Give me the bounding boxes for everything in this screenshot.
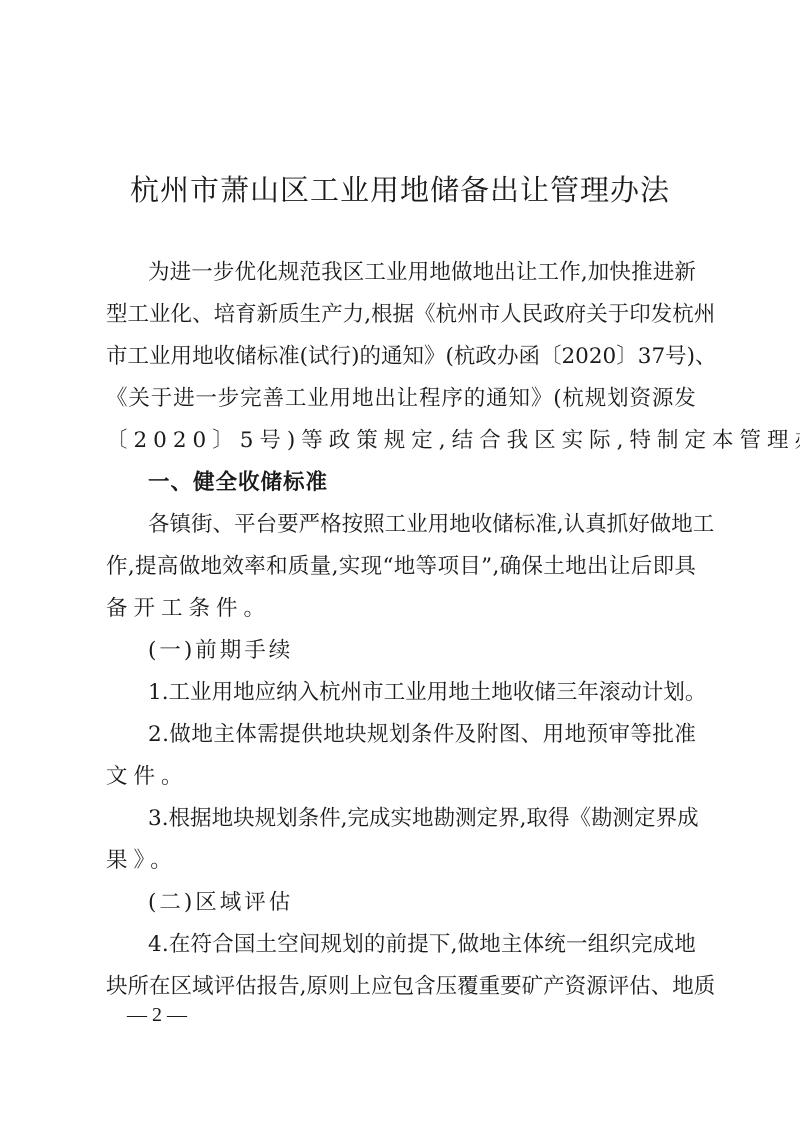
document-body: 为进一步优化规范我区工业用地做地出让工作,加快推进新型工业化、培育新质生产力,根…: [106, 252, 696, 1008]
paragraph-line: 《关于进一步完善工业用地出让程序的通知》(杭规划资源发: [106, 378, 696, 420]
line-text: 果》。: [106, 840, 178, 882]
line-text: (一)前期手续: [148, 630, 293, 672]
paragraph-first-line: 3.根据地块规划条件,完成实地勘测定界,取得《勘测定界成: [106, 798, 696, 840]
paragraph-line: 作,提高做地效率和质量,实现“地等项目”,确保土地出让后即具: [106, 546, 696, 588]
document-page: 杭州市萧山区工业用地储备出让管理办法 为进一步优化规范我区工业用地做地出让工作,…: [0, 0, 800, 1132]
line-text: 〔2020〕5号)等政策规定,结合我区实际,特制定本管理办法。: [106, 420, 800, 462]
paragraph-last-line: 文件。: [106, 756, 696, 798]
paragraph-first-line: 1.工业用地应纳入杭州市工业用地土地收储三年滚动计划。: [106, 672, 696, 714]
paragraph-line: 型工业化、培育新质生产力,根据《杭州市人民政府关于印发杭州: [106, 294, 696, 336]
document-title: 杭州市萧山区工业用地储备出让管理办法: [0, 168, 800, 212]
paragraph-line: 块所在区域评估报告,原则上应包含压覆重要矿产资源评估、地质: [106, 966, 696, 1008]
page-number: — 2 —: [127, 1000, 187, 1030]
line-text: 文件。: [106, 756, 189, 798]
paragraph-first-line: 各镇街、平台要严格按照工业用地收储标准,认真抓好做地工: [106, 504, 696, 546]
paragraph-first-line: 4.在符合国土空间规划的前提下,做地主体统一组织完成地: [106, 924, 696, 966]
paragraph-last-line: 〔2020〕5号)等政策规定,结合我区实际,特制定本管理办法。: [106, 420, 696, 462]
section-heading: 一、健全收储标准: [106, 462, 696, 504]
line-text: 一、健全收储标准: [148, 462, 328, 504]
line-text: (二)区域评估: [148, 882, 293, 924]
line-text: 备开工条件。: [106, 588, 271, 630]
paragraph-line: 市工业用地收储标准(试行)的通知》(杭政办函〔2020〕37号)、: [106, 336, 696, 378]
paragraph-first-line: 2.做地主体需提供地块规划条件及附图、用地预审等批准: [106, 714, 696, 756]
subsection-heading: (一)前期手续: [106, 630, 696, 672]
subsection-heading: (二)区域评估: [106, 882, 696, 924]
paragraph-last-line: 备开工条件。: [106, 588, 696, 630]
paragraph-first-line: 为进一步优化规范我区工业用地做地出让工作,加快推进新: [106, 252, 696, 294]
paragraph-last-line: 果》。: [106, 840, 696, 882]
